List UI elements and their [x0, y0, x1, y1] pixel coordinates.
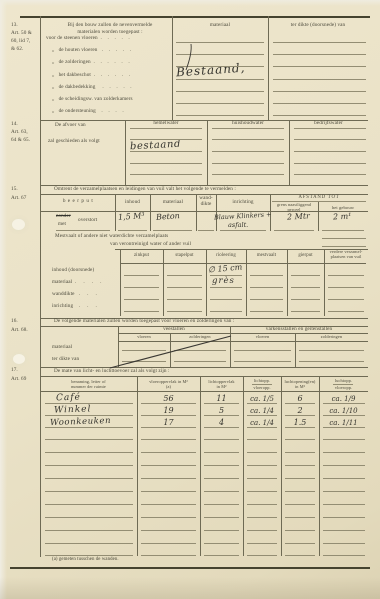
- writing-line: [323, 491, 365, 492]
- writing-line: [130, 163, 202, 164]
- writing-line: [285, 543, 315, 544]
- header-underline: [212, 128, 284, 129]
- writing-line: [285, 478, 315, 479]
- column-divider: [268, 16, 269, 120]
- writing-line: [250, 275, 283, 276]
- article-reference: Art. 67: [11, 196, 26, 202]
- writing-line: [328, 287, 364, 288]
- label-mestvaalt: van verontreinigd water of ander vuil: [110, 242, 191, 248]
- writing-line: [285, 517, 315, 518]
- handwritten-materiaal: Beton: [156, 211, 180, 222]
- writing-line: [322, 230, 364, 231]
- handwritten-inhoud: 1,5 M³: [118, 211, 145, 222]
- writing-line: [299, 361, 364, 362]
- row-label: inhoud (doorsnede): [52, 268, 94, 274]
- writing-line: [328, 311, 364, 312]
- writing-line: [176, 79, 264, 80]
- writing-line: [285, 403, 315, 404]
- writing-line: [141, 543, 196, 544]
- writing-line: [322, 238, 366, 239]
- handwritten-room-name: Café: [56, 393, 81, 404]
- article-reference: Art. 68.: [11, 328, 28, 334]
- handwritten-light-ratio: ca. 1/4: [243, 407, 281, 415]
- handwritten-vent-area: 6: [281, 394, 319, 403]
- top-border-line: [20, 16, 370, 18]
- article-reference: Art. 50 &: [11, 31, 32, 37]
- column-header-verdere: plaatsen van vuil: [324, 255, 368, 260]
- writing-line: [328, 275, 364, 276]
- table-line: [118, 341, 368, 342]
- writing-line: [141, 452, 196, 453]
- writing-line: [122, 361, 166, 362]
- row-label: materiaal: [52, 345, 72, 351]
- writing-line: [291, 287, 320, 288]
- writing-line: [247, 403, 277, 404]
- writing-line: [220, 230, 266, 231]
- writing-line: [212, 139, 284, 140]
- handwritten-materiaal-gres: grès: [212, 276, 235, 286]
- row-label: „ de scheidingsw. van zolderkamers: [52, 97, 133, 103]
- punch-hole: [13, 354, 25, 364]
- writing-line: [323, 415, 365, 416]
- writing-line: [204, 452, 239, 453]
- section-number: 15.: [11, 187, 18, 193]
- writing-line: [210, 287, 242, 288]
- section-intro: De mate van licht- en luchttoevoer zal a…: [54, 369, 170, 375]
- column-header-zinkput: zinkput: [120, 253, 163, 259]
- writing-line: [210, 275, 242, 276]
- handwritten-air-ratio: ca. 1/9: [319, 395, 368, 403]
- writing-line: [141, 504, 196, 505]
- label-mestvaalt: Mestvaalt of andere niet waterdichte ver…: [55, 234, 168, 240]
- writing-line: [294, 139, 366, 140]
- column-divider: [172, 16, 173, 120]
- writing-line: [247, 530, 277, 531]
- option-met: met: [58, 222, 66, 228]
- writing-line: [247, 452, 277, 453]
- writing-line: [247, 478, 277, 479]
- row-label: „ de ondersteuning . . . .: [52, 109, 124, 115]
- writing-line: [299, 350, 364, 351]
- writing-line: [285, 427, 315, 428]
- writing-line: [212, 163, 284, 164]
- writing-line: [141, 403, 196, 404]
- writing-line: [204, 478, 239, 479]
- column-header-licht-ratio: vloeropp.: [243, 386, 281, 391]
- column-header-benaming: nummer der ruimte: [40, 385, 137, 390]
- column-header-wanddikte: dikte: [196, 202, 216, 208]
- option-zonder-struck: zonder: [56, 214, 71, 220]
- writing-line: [141, 415, 196, 416]
- column-header-gierput: gierput: [287, 253, 324, 259]
- article-reference: Art. 63,: [11, 130, 28, 136]
- writing-line: [285, 415, 315, 416]
- handwritten-entry-bestaand: Bestaand,: [176, 61, 246, 80]
- column-header-rioleering: rioleering: [206, 253, 246, 259]
- handwritten-air-ratio: ca. 1/11: [319, 419, 368, 427]
- writing-line: [247, 439, 277, 440]
- column-header-hemelwater: hemelwater: [125, 121, 207, 127]
- column-divider: [287, 249, 288, 316]
- writing-line: [141, 555, 196, 556]
- writing-line: [174, 350, 226, 351]
- writing-line: [45, 543, 133, 544]
- writing-line: [141, 491, 196, 492]
- section-number: 13.: [11, 23, 18, 29]
- writing-line: [294, 163, 366, 164]
- writing-line: [176, 54, 264, 55]
- writing-line: [176, 91, 264, 92]
- writing-line: [141, 517, 196, 518]
- column-divider: [319, 376, 320, 556]
- writing-line: [323, 465, 365, 466]
- writing-line: [45, 439, 133, 440]
- handwritten-light-ratio: ca. 1/4: [243, 419, 281, 427]
- writing-line: [247, 491, 277, 492]
- handwritten-light-area: 4: [200, 418, 243, 427]
- writing-line: [273, 42, 366, 43]
- writing-line: [45, 403, 133, 404]
- article-reference: 64 & 65.: [11, 138, 30, 144]
- writing-line: [322, 246, 366, 247]
- writing-line: [323, 478, 365, 479]
- writing-line: [204, 491, 239, 492]
- row-label: wanddikte . . .: [52, 292, 97, 298]
- subcolumn-header-vloeren: vloeren: [118, 335, 170, 340]
- handwritten-vent-area: 1.5: [281, 418, 319, 427]
- handwritten-inrichting: asfalt.: [228, 221, 248, 229]
- column-divider: [289, 120, 290, 185]
- writing-line: [153, 230, 192, 231]
- writing-line: [323, 427, 365, 428]
- writing-line: [323, 452, 365, 453]
- writing-line: [56, 230, 110, 231]
- left-column-divider: [40, 16, 41, 557]
- writing-line: [204, 555, 239, 556]
- writing-line: [174, 361, 226, 362]
- writing-line: [45, 427, 133, 428]
- writing-line: [124, 299, 159, 300]
- writing-line: [323, 504, 365, 505]
- article-reference: & 62.: [11, 47, 23, 53]
- footnote: (a) gemeten tusschen de wanden.: [52, 557, 119, 563]
- subcolumn-header-zolderingen: zolderingen: [295, 335, 368, 340]
- paper-edge-bottom: [0, 577, 380, 599]
- writing-line: [273, 66, 366, 67]
- writing-line: [212, 151, 284, 152]
- writing-line: [291, 275, 320, 276]
- handwritten-light-area: 11: [200, 394, 243, 403]
- writing-line: [118, 230, 147, 231]
- row-label: „ de zolderingen . . . . . .: [52, 60, 130, 66]
- punch-hole: [12, 219, 25, 230]
- section-number: 17.: [11, 368, 18, 374]
- column-header-luchtopening: in M²: [281, 385, 319, 390]
- writing-line: [247, 415, 277, 416]
- bottom-border-line: [10, 567, 370, 569]
- writing-line: [141, 478, 196, 479]
- writing-line: [176, 103, 264, 104]
- row-label: materiaal . . . .: [52, 280, 102, 286]
- writing-line: [204, 403, 239, 404]
- handwritten-floor-area: 19: [137, 406, 200, 415]
- article-reference: Art. 69: [11, 377, 26, 383]
- writing-line: [294, 151, 366, 152]
- writing-line: [167, 299, 202, 300]
- writing-line: [247, 555, 277, 556]
- handwritten-room-name: Winkel: [54, 404, 92, 415]
- writing-line: [323, 530, 365, 531]
- row-label: inrichting . . .: [52, 304, 97, 310]
- writing-line: [167, 311, 202, 312]
- handwritten-inrichting: Blauw Klinkers +: [214, 211, 272, 222]
- handwritten-light-ratio: ca. 1/5: [243, 395, 281, 403]
- writing-line: [247, 465, 277, 466]
- column-header-inrichting: inrichting: [216, 200, 270, 206]
- writing-line: [247, 427, 277, 428]
- writing-line: [274, 230, 314, 231]
- writing-line: [130, 139, 202, 140]
- column-divider: [125, 120, 126, 185]
- writing-line: [176, 115, 264, 116]
- writing-line: [176, 66, 264, 67]
- column-header-bedrijfswater: bedrijfswater: [289, 121, 368, 127]
- writing-line: [273, 79, 366, 80]
- paper-edge-left: [0, 0, 7, 599]
- writing-line: [323, 555, 365, 556]
- writing-line: [45, 555, 133, 556]
- writing-line: [273, 115, 366, 116]
- writing-line: [204, 517, 239, 518]
- writing-line: [124, 287, 159, 288]
- label-overstort: overstort: [78, 218, 97, 224]
- handwritten-floor-area: 17: [137, 418, 200, 427]
- handwritten-light-area: 5: [200, 406, 243, 415]
- writing-line: [285, 465, 315, 466]
- writing-line: [141, 427, 196, 428]
- section-intro: Omtrent de verzamelplaatsen en leidingen…: [54, 187, 236, 193]
- row-label: voor de steenen vloeren . . . . .: [46, 36, 130, 42]
- column-header-dikte: ter dikte (doorsnede) van: [268, 23, 368, 29]
- article-reference: 60, lid 7,: [11, 39, 30, 45]
- writing-line: [234, 350, 291, 351]
- writing-line: [250, 287, 283, 288]
- row-label: „ het dakbeschot . . . . . .: [52, 73, 130, 79]
- row-label: „ de dakbedekking . . . . .: [52, 85, 132, 91]
- writing-line: [250, 299, 283, 300]
- writing-line: [285, 555, 315, 556]
- column-divider: [206, 249, 207, 316]
- subcolumn-header-zolderingen: zolderingen: [170, 335, 230, 340]
- writing-line: [45, 452, 133, 453]
- writing-line: [45, 491, 133, 492]
- writing-line: [204, 543, 239, 544]
- writing-line: [204, 504, 239, 505]
- table-line: [120, 263, 366, 264]
- section-number: 14.: [11, 122, 18, 128]
- writing-line: [45, 415, 133, 416]
- writing-line: [176, 42, 264, 43]
- subcolumn-header-vloeren: vloeren: [230, 335, 295, 340]
- writing-line: [273, 91, 366, 92]
- column-header-afstand-tot: AFSTAND TOT: [270, 195, 368, 201]
- writing-line: [323, 439, 365, 440]
- writing-line: [204, 439, 239, 440]
- writing-line: [124, 311, 159, 312]
- writing-line: [124, 275, 159, 276]
- handwritten-air-ratio: ca. 1/10: [319, 407, 368, 415]
- writing-line: [273, 103, 366, 104]
- writing-line: [247, 504, 277, 505]
- row-label: zal geschieden als volgt: [48, 139, 100, 145]
- writing-line: [285, 491, 315, 492]
- writing-line: [130, 174, 202, 175]
- writing-line: [204, 530, 239, 531]
- column-divider: [207, 120, 208, 185]
- writing-line: [45, 465, 133, 466]
- writing-line: [234, 361, 291, 362]
- section-number: 16.: [11, 319, 18, 325]
- column-header-stapelput: stapelput: [163, 253, 206, 259]
- column-header-het-gebouw: het gebouw: [318, 205, 368, 210]
- handwritten-floor-area: 56: [137, 394, 200, 403]
- header-underline: [294, 128, 366, 129]
- column-header-beerput: beerput: [46, 199, 112, 205]
- writing-line: [45, 530, 133, 531]
- column-divider: [200, 376, 201, 556]
- writing-line: [141, 465, 196, 466]
- column-divider: [120, 249, 121, 316]
- column-header-vloeroppervlak: (a): [137, 385, 200, 390]
- paper-edge-top: [0, 0, 380, 6]
- column-divider: [163, 249, 164, 316]
- handwritten-afstand-grens: 2 Mtr: [287, 211, 310, 221]
- column-header-lucht-ratio: vloeropp.: [319, 386, 368, 391]
- handwritten-doorsnede: ∅ 15 cm: [208, 263, 243, 275]
- writing-line: [204, 427, 239, 428]
- writing-line: [130, 151, 202, 152]
- writing-line: [210, 311, 242, 312]
- column-divider: [243, 376, 244, 556]
- column-divider: [137, 376, 138, 556]
- writing-line: [250, 311, 283, 312]
- writing-line: [212, 174, 284, 175]
- row-label: De afvoer van: [55, 123, 86, 129]
- writing-line: [285, 439, 315, 440]
- writing-line: [141, 439, 196, 440]
- writing-line: [273, 54, 366, 55]
- column-header-mestvaalt: mestvaalt: [246, 253, 287, 259]
- column-header-huishoudwater: huishoudwater: [207, 121, 289, 127]
- handwritten-vent-area: 2: [281, 406, 319, 415]
- column-divider: [281, 376, 282, 556]
- column-header-lichtoppervlak: in M²: [200, 385, 243, 390]
- writing-line: [247, 543, 277, 544]
- writing-line: [167, 275, 202, 276]
- writing-line: [204, 415, 239, 416]
- writing-line: [328, 299, 364, 300]
- writing-line: [247, 517, 277, 518]
- writing-line: [210, 299, 242, 300]
- section-intro: De volgende materialen zullen worden toe…: [54, 319, 234, 325]
- row-label: „ de houten vloeren . . . . .: [52, 48, 131, 54]
- writing-line: [45, 478, 133, 479]
- writing-line: [141, 530, 196, 531]
- column-header-materiaal: materiaal: [150, 200, 196, 206]
- writing-line: [122, 350, 166, 351]
- column-header-materiaal: materiaal: [172, 23, 268, 29]
- writing-line: [285, 530, 315, 531]
- writing-line: [285, 452, 315, 453]
- writing-line: [323, 517, 365, 518]
- header-underline: [130, 128, 202, 129]
- writing-line: [45, 504, 133, 505]
- writing-line: [45, 517, 133, 518]
- row-label: ter dikte van: [52, 357, 79, 363]
- writing-line: [198, 230, 214, 231]
- writing-line: [291, 311, 320, 312]
- writing-line: [291, 299, 320, 300]
- writing-line: [323, 543, 365, 544]
- writing-line: [204, 465, 239, 466]
- column-divider: [246, 249, 247, 316]
- writing-line: [285, 504, 315, 505]
- writing-line: [323, 403, 365, 404]
- column-header-inhoud: inhoud: [115, 200, 150, 206]
- scanned-form-page: 13. Art. 50 & 60, lid 7, & 62. Bij den b…: [0, 0, 380, 599]
- handwritten-afstand-gebouw: 2 m¹: [333, 212, 352, 222]
- writing-line: [294, 174, 366, 175]
- writing-line: [167, 287, 202, 288]
